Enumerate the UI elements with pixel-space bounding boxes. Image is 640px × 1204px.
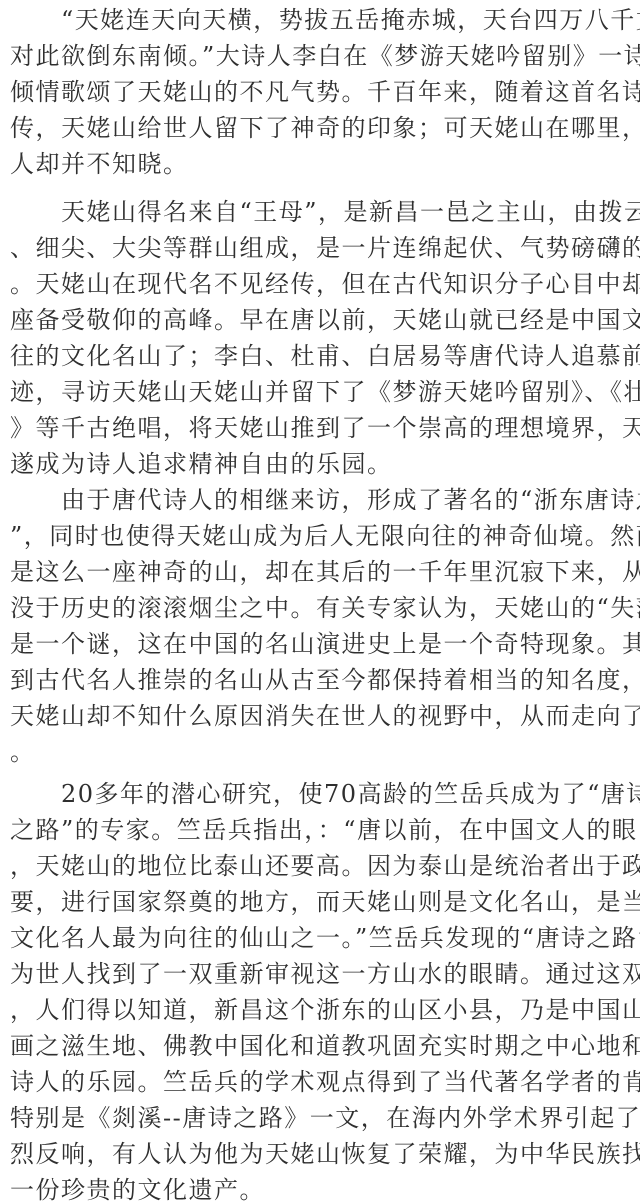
article-body: “天姥连天向天横，势拔五岳掩赤城，天台四万八千丈， 对此欲倒东南倾。”大诗人李白… — [0, 0, 640, 1204]
text-line: 为世人找到了一双重新审视这一方山水的眼睛。通过这双眼睛 — [10, 956, 635, 992]
text-line: 没于历史的滚滚烟尘之中。有关专家认为，天姥山的“失落” — [10, 590, 635, 626]
text-line: ”，同时也使得天姥山成为后人无限向往的神奇仙境。然而就 — [10, 518, 635, 554]
text-line: 是一个谜，这在中国的名山演进史上是一个奇特现象。其他受 — [10, 626, 635, 662]
text-line: 20多年的潜心研究，使70高龄的竺岳兵成为了“唐诗 — [10, 776, 635, 812]
text-line: 对此欲倒东南倾。”大诗人李白在《梦游天姥吟留别》一诗中 — [10, 38, 635, 74]
text-line: 人却并不知晓。 — [10, 146, 635, 182]
text-line: ，天姥山的地位比泰山还要高。因为泰山是统治者出于政治需 — [10, 848, 635, 884]
text-line: 之路”的专家。竺岳兵指出，：“唐以前，在中国文人的眼中 — [10, 812, 635, 848]
text-line: 天姥山却不知什么原因消失在世人的视野中，从而走向了孤寂 — [10, 698, 635, 734]
text-line: 要，进行国家祭奠的地方，而天姥山则是文化名山，是当时的 — [10, 884, 635, 920]
text-line: 天姥山得名来自“王母”，是新昌一邑之主山，由拨云尖 — [10, 194, 635, 230]
text-line: 是这么一座神奇的山，却在其后的一千年里沉寂下来，从此湮 — [10, 554, 635, 590]
paragraph-4: 20多年的潜心研究，使70高龄的竺岳兵成为了“唐诗 之路”的专家。竺岳兵指出，：… — [10, 776, 635, 1204]
text-line: 。天姥山在现代名不见经传，但在古代知识分子心目中却是一 — [10, 266, 635, 302]
text-line: 倾情歌颂了天姥山的不凡气势。千百年来，随着这首名诗的流 — [10, 74, 635, 110]
text-line: 、细尖、大尖等群山组成，是一片连绵起伏、气势磅礴的群峰 — [10, 230, 635, 266]
text-line: 由于唐代诗人的相继来访，形成了著名的“浙东唐诗之路 — [10, 482, 635, 518]
text-line: 画之滋生地、佛教中国化和道教巩固充实时期之中心地和唐代 — [10, 1028, 635, 1064]
paragraph-2: 天姥山得名来自“王母”，是新昌一邑之主山，由拨云尖 、细尖、大尖等群山组成，是一… — [10, 194, 635, 482]
text-line: 座备受敬仰的高峰。早在唐以前，天姥山就已经是中国文人向 — [10, 302, 635, 338]
text-line: 迹，寻访天姥山天姥山并留下了《梦游天姥吟留别》、《壮游 — [10, 374, 635, 410]
text-line: 诗人的乐园。竺岳兵的学术观点得到了当代著名学者的肯定， — [10, 1064, 635, 1100]
text-line: 遂成为诗人追求精神自由的乐园。 — [10, 446, 635, 482]
text-line: “天姥连天向天横，势拔五岳掩赤城，天台四万八千丈， — [10, 2, 635, 38]
text-line: 烈反响，有人认为他为天姥山恢复了荣耀，为中华民族找回了 — [10, 1136, 635, 1172]
text-line: 文化名人最为向往的仙山之一。”竺岳兵发现的“唐诗之路” — [10, 920, 635, 956]
text-line: 》等千古绝唱，将天姥山推到了一个崇高的理想境界，天姥山 — [10, 410, 635, 446]
text-line: 特别是《剡溪--唐诗之路》一文，在海内外学术界引起了强 — [10, 1100, 635, 1136]
text-line: 。 — [10, 734, 635, 770]
text-line: 传，天姥山给世人留下了神奇的印象；可天姥山在哪里，许多 — [10, 110, 635, 146]
text-line: 到古代名人推崇的名山从古至今都保持着相当的知名度，唯独 — [10, 662, 635, 698]
text-line: 一份珍贵的文化遗产。 — [10, 1172, 635, 1204]
paragraph-3: 由于唐代诗人的相继来访，形成了著名的“浙东唐诗之路 ”，同时也使得天姥山成为后人… — [10, 482, 635, 770]
paragraph-1: “天姥连天向天横，势拔五岳掩赤城，天台四万八千丈， 对此欲倒东南倾。”大诗人李白… — [10, 2, 635, 182]
text-line: ，人们得以知道，新昌这个浙东的山区小县，乃是中国山水诗 — [10, 992, 635, 1028]
text-line: 往的文化名山了；李白、杜甫、白居易等唐代诗人追慕前贤足 — [10, 338, 635, 374]
